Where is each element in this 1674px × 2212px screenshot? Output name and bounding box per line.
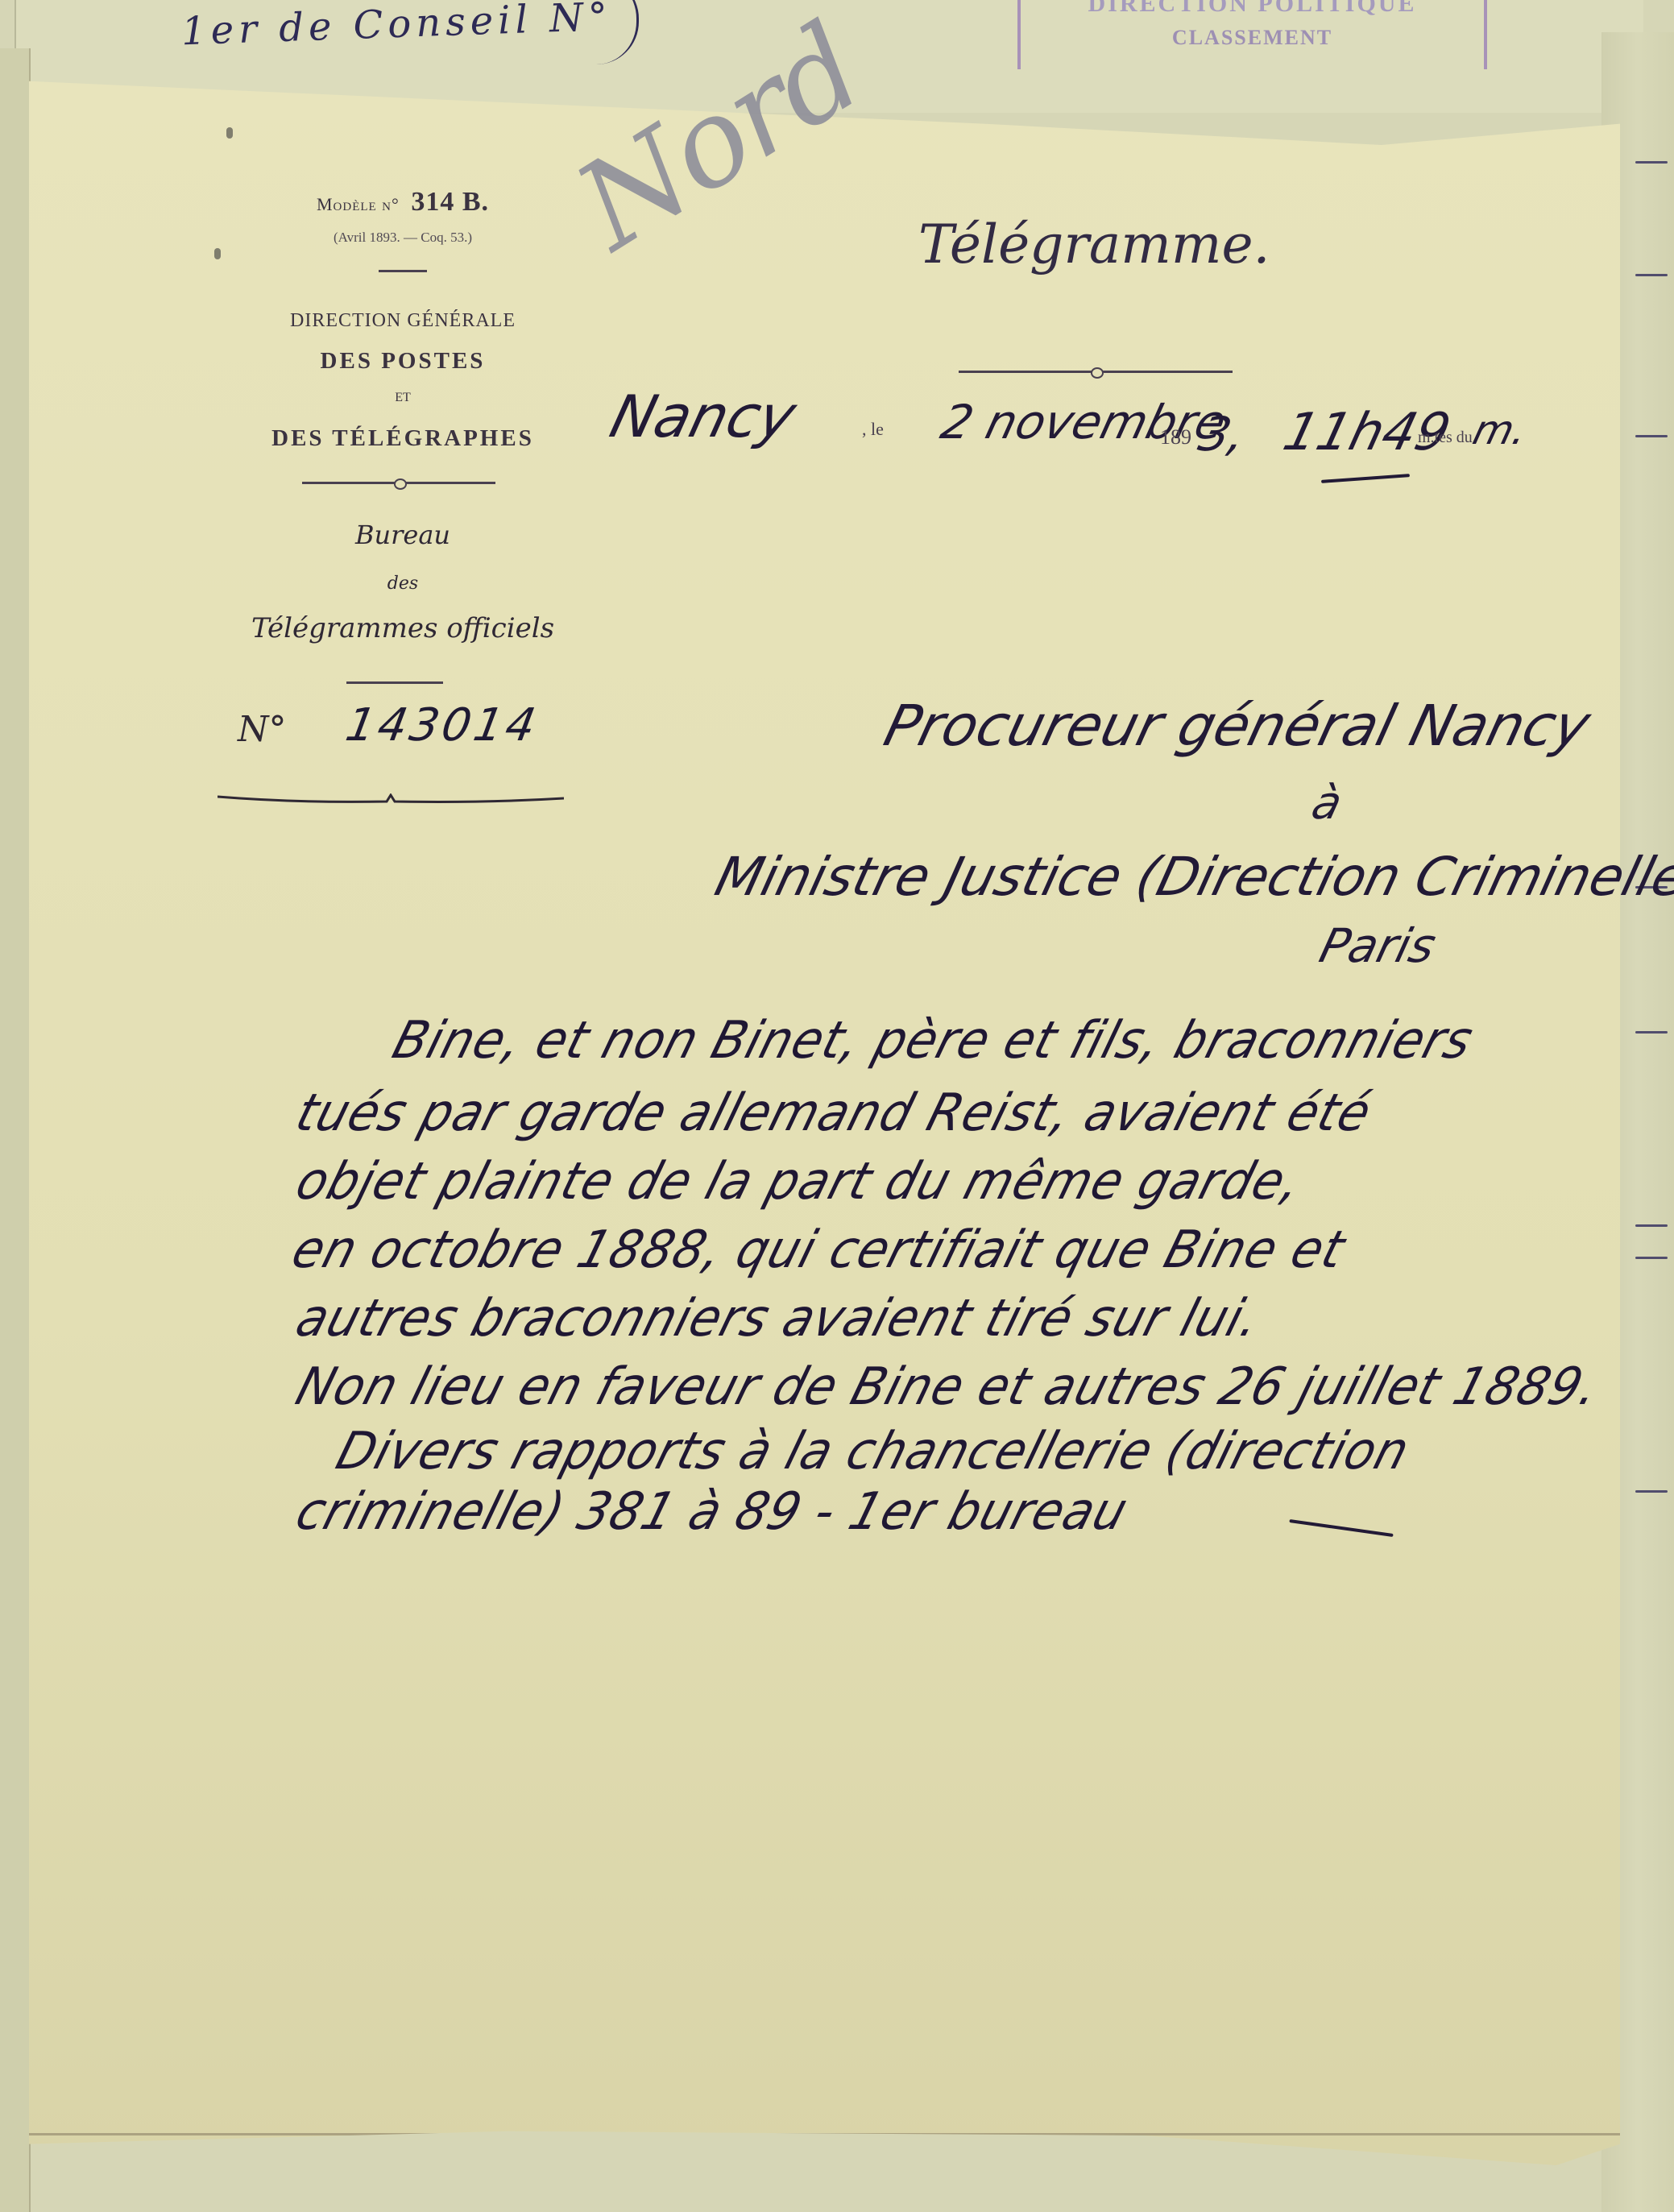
swash-divider-icon [218,793,564,805]
des-telegraphes: DES TÉLÉGRAPHES [209,425,596,452]
date-year-printed: 189 [1160,425,1191,449]
date-le: , le [862,419,884,440]
edge-mark [1635,274,1668,276]
time-suffix: m.tes du [1418,429,1473,447]
fold-line [29,2133,1620,2135]
sender: Procureur général Nancy [878,693,1597,759]
telegram-number: 143014 [342,699,542,752]
direction-generale: DIRECTION GÉNÉRALE [234,310,572,332]
bureau-label: Bureau [290,520,516,550]
des-postes: DES POSTES [234,348,572,375]
edge-mark [1635,161,1668,164]
stamp-bottom-text: CLASSEMENT [1021,26,1484,50]
underlying-annotation: 1er de Conseil N° [180,0,613,54]
body-line: Divers rapports à la chancellerie (direc… [329,1422,1415,1481]
stamp-top-text: DIRECTION POLITIQUE [1021,0,1484,18]
ornament-divider [302,482,495,484]
form-model-number: Modèle n° 314 B. [242,187,564,217]
left-page-edge [0,48,31,2212]
telegram-title: Télégramme. [918,213,1270,275]
pin-hole [214,248,221,259]
document-photo: 1er de Conseil N° DIRECTION POLITIQUE CL… [0,0,1674,2212]
number-label: N° [238,709,310,750]
des-label: des [290,574,516,594]
pin-hole [226,127,233,139]
body-line: autres braconniers avaient tiré sur lui. [289,1289,1267,1348]
divider [346,681,443,684]
body-line: tués par garde allemand Reist, avaient é… [289,1083,1378,1143]
ornament-divider [959,371,1233,373]
body-line: objet plainte de la part du même garde, [289,1152,1308,1212]
office-label: Télégrammes officiels [226,612,580,644]
divider [379,270,427,272]
recipient-city: Paris [1315,918,1442,973]
classification-stamp: DIRECTION POLITIQUE CLASSEMENT [1017,0,1487,69]
body-line: Non lieu en faveur de Bine et autres 26 … [289,1357,1606,1417]
edge-mark [1635,1224,1668,1227]
origin-city: Nancy [604,383,803,450]
edge-mark [1635,1490,1668,1493]
body-line: Bine, et non Binet, père et fils, bracon… [386,1011,1479,1071]
recipient: Ministre Justice (Direction Criminelle) [709,846,1674,908]
body-line: en octobre 1888, qui certifiait que Bine… [285,1220,1351,1280]
body-line: criminelle) 381 à 89 - 1er bureau [289,1482,1134,1542]
edge-mark [1635,435,1668,437]
et-label: ET [234,391,572,405]
edge-mark [1635,1031,1668,1034]
form-edition: (Avril 1893. — Coq. 53.) [242,230,564,246]
bracket-mark [596,0,639,64]
edge-mark [1635,1257,1668,1259]
